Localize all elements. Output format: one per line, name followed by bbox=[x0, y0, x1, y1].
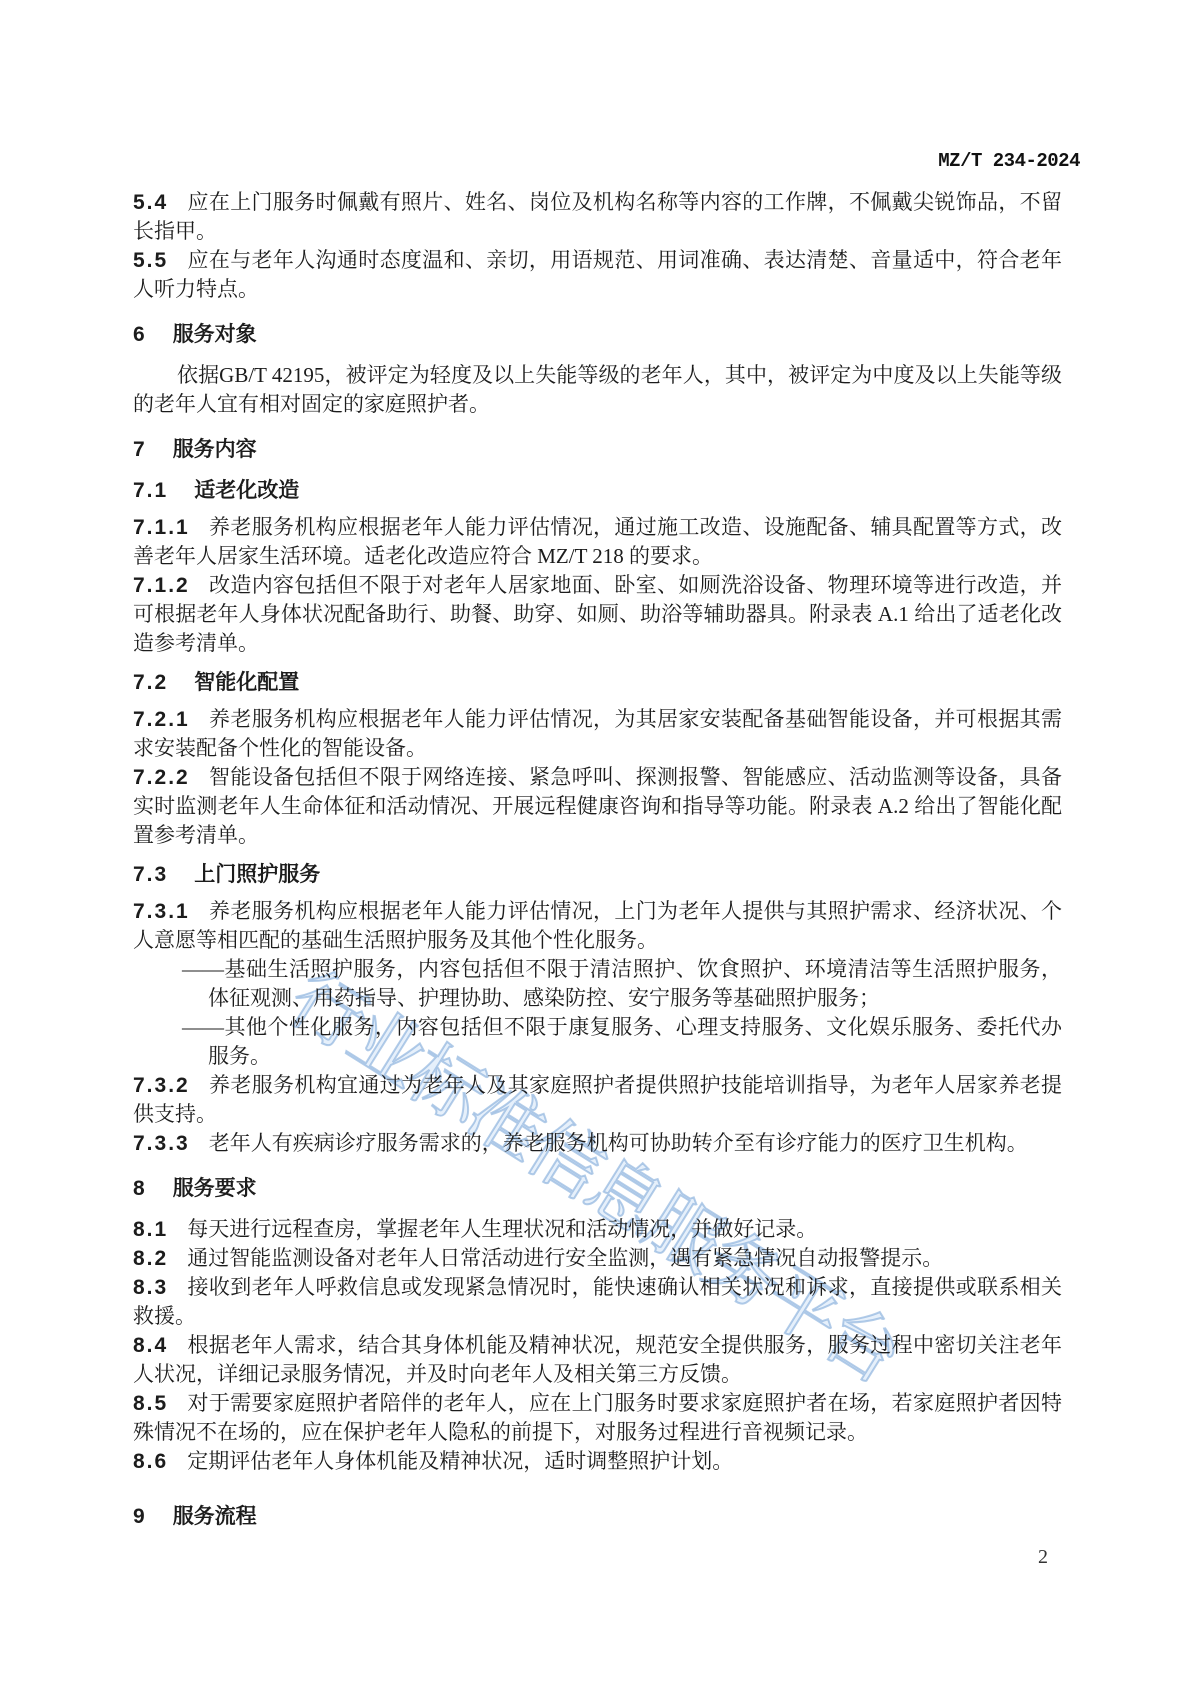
clause-number: 8.6 bbox=[133, 1450, 168, 1473]
section-heading: 7.3上门照护服务 bbox=[133, 860, 1062, 889]
clause-text: 养老服务机构宜通过为老年人及其家庭照护者提供照护技能培训指导，为老年人居家养老提… bbox=[133, 1073, 1062, 1126]
heading-title: 服务流程 bbox=[173, 1505, 257, 1528]
heading-title: 服务要求 bbox=[173, 1177, 257, 1200]
page-number: 2 bbox=[1038, 1546, 1048, 1569]
clause-number: 7.1.2 bbox=[133, 574, 190, 597]
section-heading: 6服务对象 bbox=[133, 320, 1062, 349]
section-heading: 7.2智能化配置 bbox=[133, 668, 1062, 697]
heading-number: 8 bbox=[133, 1177, 147, 1200]
clause: 8.4根据老年人需求，结合其身体机能及精神状况，规范安全提供服务，服务过程中密切… bbox=[133, 1331, 1062, 1389]
clause: 8.3接收到老年人呼救信息或发现紧急情况时，能快速确认相关状况和诉求，直接提供或… bbox=[133, 1273, 1062, 1331]
clause: 5.5应在与老年人沟通时态度温和、亲切，用语规范、用词准确、表达清楚、音量适中，… bbox=[133, 246, 1062, 304]
clause: 8.6定期评估老年人身体机能及精神状况，适时调整照护计划。 bbox=[133, 1447, 1062, 1476]
heading-number: 9 bbox=[133, 1505, 147, 1528]
heading-title: 适老化改造 bbox=[194, 479, 299, 502]
clause-number: 5.5 bbox=[133, 249, 168, 272]
clause-number: 7.3.2 bbox=[133, 1074, 190, 1097]
heading-number: 7.1 bbox=[133, 479, 168, 502]
clause: 7.3.2养老服务机构宜通过为老年人及其家庭照护者提供照护技能培训指导，为老年人… bbox=[133, 1071, 1062, 1129]
clause: 7.3.1养老服务机构应根据老年人能力评估情况，上门为老年人提供与其照护需求、经… bbox=[133, 897, 1062, 955]
clause-number: 7.2.2 bbox=[133, 766, 190, 789]
paragraph: 依据GB/T 42195，被评定为轻度及以上失能等级的老年人，其中，被评定为中度… bbox=[133, 361, 1062, 419]
clause: 7.1.2改造内容包括但不限于对老年人居家地面、卧室、如厕洗浴设备、物理环境等进… bbox=[133, 571, 1062, 658]
section-heading: 9服务流程 bbox=[133, 1502, 1062, 1531]
clause-text: 根据老年人需求，结合其身体机能及精神状况，规范安全提供服务，服务过程中密切关注老… bbox=[133, 1333, 1062, 1386]
heading-number: 7.2 bbox=[133, 671, 168, 694]
clause-number: 8.4 bbox=[133, 1334, 168, 1357]
clause-number: 8.3 bbox=[133, 1276, 168, 1299]
clause: 7.2.2智能设备包括但不限于网络连接、紧急呼叫、探测报警、智能感应、活动监测等… bbox=[133, 763, 1062, 850]
clause-text: 改造内容包括但不限于对老年人居家地面、卧室、如厕洗浴设备、物理环境等进行改造，并… bbox=[133, 573, 1062, 655]
section-heading: 8服务要求 bbox=[133, 1174, 1062, 1203]
clause-text: 应在与老年人沟通时态度温和、亲切，用语规范、用词准确、表达清楚、音量适中，符合老… bbox=[133, 248, 1062, 301]
clause-number: 8.5 bbox=[133, 1392, 168, 1415]
heading-number: 7.3 bbox=[133, 863, 168, 886]
dash-list-item: ——其他个性化服务，内容包括但不限于康复服务、心理支持服务、文化娱乐服务、委托代… bbox=[208, 1013, 1062, 1071]
clause-number: 8.1 bbox=[133, 1218, 168, 1241]
clause-number: 7.1.1 bbox=[133, 516, 190, 539]
dash-list-item: ——基础生活照护服务，内容包括但不限于清洁照护、饮食照护、环境清洁等生活照护服务… bbox=[208, 955, 1062, 1013]
section-heading: 7.1适老化改造 bbox=[133, 476, 1062, 505]
heading-title: 智能化配置 bbox=[194, 671, 299, 694]
heading-title: 服务对象 bbox=[173, 323, 257, 346]
clause-number: 5.4 bbox=[133, 191, 168, 214]
clause: 8.1每天进行远程查房，掌握老年人生理状况和活动情况，并做好记录。 bbox=[133, 1215, 1062, 1244]
clause: 8.2通过智能监测设备对老年人日常活动进行安全监测，遇有紧急情况自动报警提示。 bbox=[133, 1244, 1062, 1273]
clause: 5.4应在上门服务时佩戴有照片、姓名、岗位及机构名称等内容的工作牌，不佩戴尖锐饰… bbox=[133, 188, 1062, 246]
clause-number: 7.3.1 bbox=[133, 900, 190, 923]
clause-text: 定期评估老年人身体机能及精神状况，适时调整照护计划。 bbox=[187, 1449, 733, 1473]
heading-number: 7 bbox=[133, 438, 147, 461]
clause-text: 通过智能监测设备对老年人日常活动进行安全监测，遇有紧急情况自动报警提示。 bbox=[187, 1246, 943, 1270]
clause: 8.5对于需要家庭照护者陪伴的老年人，应在上门服务时要求家庭照护者在场，若家庭照… bbox=[133, 1389, 1062, 1447]
clause-text: 接收到老年人呼救信息或发现紧急情况时，能快速确认相关状况和诉求，直接提供或联系相… bbox=[133, 1275, 1062, 1328]
clause-number: 7.2.1 bbox=[133, 708, 190, 731]
clause-number: 8.2 bbox=[133, 1247, 168, 1270]
clause-text: 每天进行远程查房，掌握老年人生理状况和活动情况，并做好记录。 bbox=[187, 1217, 817, 1241]
heading-title: 上门照护服务 bbox=[194, 863, 320, 886]
clause: 7.1.1养老服务机构应根据老年人能力评估情况，通过施工改造、设施配备、辅具配置… bbox=[133, 513, 1062, 571]
clause-text: 养老服务机构应根据老年人能力评估情况，通过施工改造、设施配备、辅具配置等方式，改… bbox=[133, 515, 1062, 568]
clause-number: 7.3.3 bbox=[133, 1132, 190, 1155]
clause-text: 对于需要家庭照护者陪伴的老年人，应在上门服务时要求家庭照护者在场，若家庭照护者因… bbox=[133, 1391, 1062, 1444]
clause-text: 智能设备包括但不限于网络连接、紧急呼叫、探测报警、智能感应、活动监测等设备，具备… bbox=[133, 765, 1062, 847]
clause: 7.2.1养老服务机构应根据老年人能力评估情况，为其居家安装配备基础智能设备，并… bbox=[133, 705, 1062, 763]
clause-text: 养老服务机构应根据老年人能力评估情况，上门为老年人提供与其照护需求、经济状况、个… bbox=[133, 899, 1062, 952]
heading-number: 6 bbox=[133, 323, 147, 346]
section-heading: 7服务内容 bbox=[133, 435, 1062, 464]
clause: 7.3.3老年人有疾病诊疗服务需求的，养老服务机构可协助转介至有诊疗能力的医疗卫… bbox=[133, 1129, 1062, 1158]
standard-document-page: 行业标准信息服务平台 MZ/T 234-2024 5.4应在上门服务时佩戴有照片… bbox=[0, 0, 1190, 1683]
document-body: 5.4应在上门服务时佩戴有照片、姓名、岗位及机构名称等内容的工作牌，不佩戴尖锐饰… bbox=[133, 188, 1062, 1543]
doc-code: MZ/T 234-2024 bbox=[938, 150, 1080, 172]
clause-text: 老年人有疾病诊疗服务需求的，养老服务机构可协助转介至有诊疗能力的医疗卫生机构。 bbox=[209, 1131, 1028, 1155]
clause-text: 应在上门服务时佩戴有照片、姓名、岗位及机构名称等内容的工作牌，不佩戴尖锐饰品，不… bbox=[133, 190, 1062, 243]
heading-title: 服务内容 bbox=[173, 438, 257, 461]
clause-text: 养老服务机构应根据老年人能力评估情况，为其居家安装配备基础智能设备，并可根据其需… bbox=[133, 707, 1062, 760]
